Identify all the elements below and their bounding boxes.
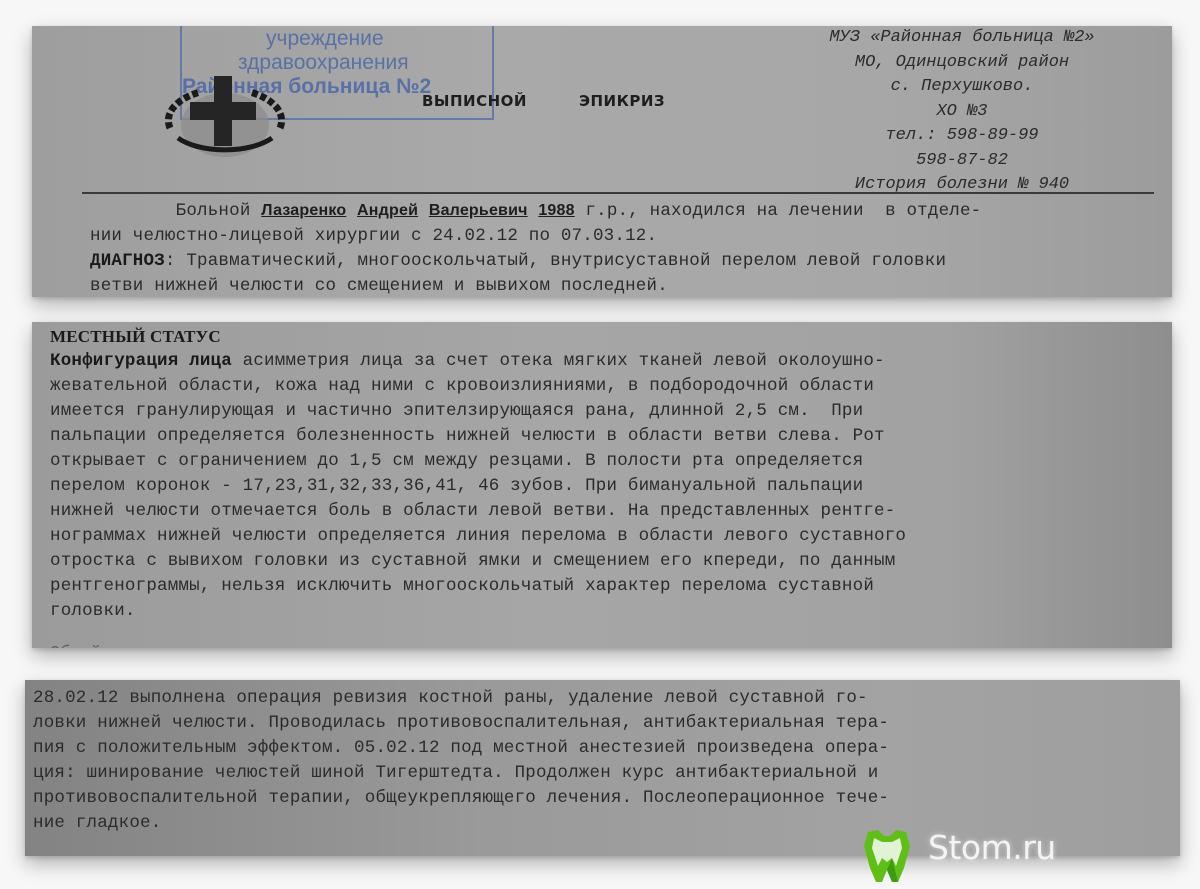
- status-line: Конфигурация лица асимметрия лица за сче…: [50, 349, 1160, 374]
- stom-ru-watermark: Stom.ru: [860, 826, 1100, 886]
- patient-surname: Лазаренко: [261, 202, 346, 219]
- hospital-phone: 598-87-82: [772, 149, 1152, 174]
- local-status-panel: МЕСТНЫЙ СТАТУС Конфигурация лица асиммет…: [32, 322, 1172, 648]
- status-text: асимметрия лица за счет отека мягких тка…: [232, 351, 885, 371]
- treatment-line: ция: шинирование челюстей шиной Тигерште…: [33, 761, 1173, 786]
- status-line: нограммах нижней челюсти определяется ли…: [50, 524, 1160, 549]
- hospital-region: МО, Одинцовский район: [772, 51, 1152, 76]
- local-status-section: МЕСТНЫЙ СТАТУС Конфигурация лица асиммет…: [50, 324, 1160, 624]
- watermark-text: Stom.ru: [928, 828, 1056, 867]
- diagnosis-line: ДИАГНОЗ: Травматический, многооскольчаты…: [90, 249, 1150, 274]
- hospital-info: МУЗ «Районная больница №2» МО, Одинцовск…: [772, 26, 1152, 198]
- status-line: головки.: [50, 599, 1160, 624]
- patient-stay: нии челюстно-лицевой хирургии с 24.02.12…: [90, 224, 1150, 249]
- treatment-line: ловки нижней челюсти. Проводилась против…: [33, 711, 1173, 736]
- patient-section: Больной Лазаренко Андрей Валерьевич 1988…: [90, 198, 1150, 297]
- treatment-line: противовоспалительной терапии, общеукреп…: [33, 786, 1173, 811]
- title-word: ВЫПИСНОЙ: [422, 92, 527, 110]
- treatment-line: пия с положительным эффектом. 05.02.12 п…: [33, 736, 1173, 761]
- status-line: жевательной области, кожа над ними с кро…: [50, 374, 1160, 399]
- diagnosis-label: ДИАГНОЗ: [90, 251, 165, 271]
- patient-patronymic: Валерьевич: [429, 202, 528, 219]
- hospital-department: ХО №3: [772, 100, 1152, 125]
- diagnosis-text: : Травматический, многооскольчатый, внут…: [165, 251, 946, 271]
- status-line: перелом коронок - 17,23,31,32,33,36,41, …: [50, 474, 1160, 499]
- status-line: отростка с вывихом головки из суставной …: [50, 549, 1160, 574]
- red-cross-globe-logo-icon: [150, 70, 310, 160]
- status-line: открывает с ограничением до 1,5 см между…: [50, 449, 1160, 474]
- patient-prefix: Больной: [176, 201, 251, 221]
- patient-birth-year: 1988: [538, 202, 574, 219]
- hospital-village: с. Перхушково.: [772, 75, 1152, 100]
- diagnosis-text: ветви нижней челюсти со смещением и выви…: [90, 274, 1150, 297]
- patient-line-rest: г.р., находился на лечении в отделе-: [585, 201, 981, 221]
- document-title: ВЫПИСНОЙЭПИКРИЗ: [422, 92, 717, 110]
- status-line: пальпации определяется болезненность ниж…: [50, 424, 1160, 449]
- section-heading: МЕСТНЫЙ СТАТУС: [50, 324, 1160, 349]
- header-panel: ...ное учреждение здравоохранения Районн…: [32, 26, 1172, 297]
- patient-name: Андрей: [357, 202, 418, 219]
- divider: [82, 192, 1154, 194]
- hospital-name: МУЗ «Районная больница №2»: [772, 26, 1152, 51]
- treatment-section: 28.02.12 выполнена операция ревизия кост…: [33, 686, 1173, 836]
- status-line: имеется гранулирующая и частично эпителз…: [50, 399, 1160, 424]
- patient-line: Больной Лазаренко Андрей Валерьевич 1988…: [90, 198, 1150, 224]
- status-line: рентгенограммы, нельзя исключить многоос…: [50, 574, 1160, 599]
- treatment-line: 28.02.12 выполнена операция ревизия кост…: [33, 686, 1173, 711]
- title-word: ЭПИКРИЗ: [579, 92, 665, 110]
- tooth-logo-icon: [862, 828, 912, 884]
- status-lead-label: Конфигурация лица: [50, 351, 232, 371]
- cut-off-text: Об..й: [50, 644, 101, 648]
- status-line: нижней челюсти отмечается боль в области…: [50, 499, 1160, 524]
- hospital-phone: тел.: 598-89-99: [772, 124, 1152, 149]
- stamp-line: учреждение: [266, 28, 384, 50]
